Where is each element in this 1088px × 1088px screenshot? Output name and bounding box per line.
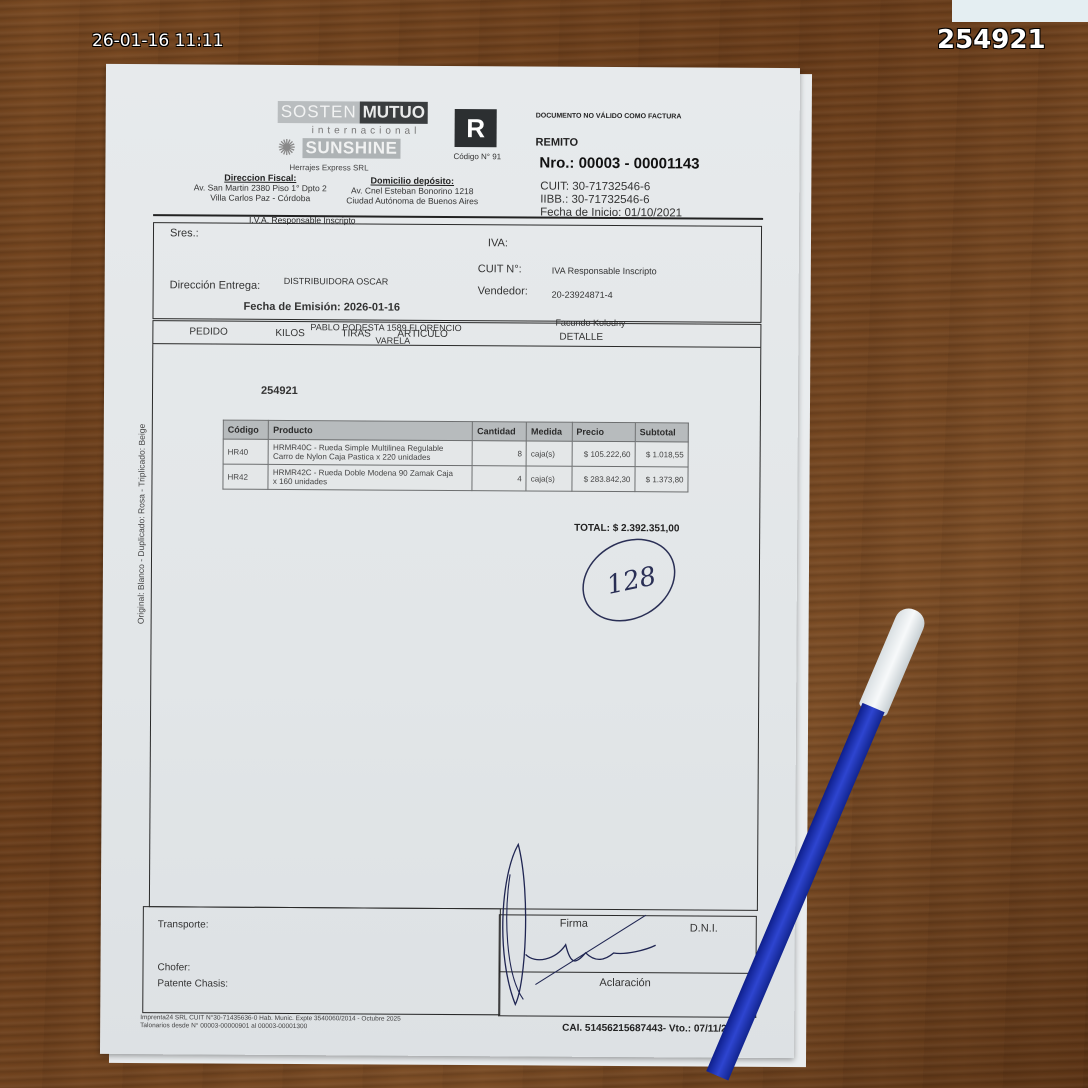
document-number: Nro.: 00003 - 00001143 [539, 155, 699, 173]
printer-info: Imprenta24 SRL CUIT N°30-71435636-0 Hab.… [140, 1014, 401, 1032]
deposit-address-line2: Ciudad Autónoma de Buenos Aires [337, 195, 487, 206]
pen-cap [858, 604, 929, 717]
cell-producto: HRMR40C - Rueda Simple Multilinea Regula… [268, 439, 472, 465]
header-cantidad: Cantidad [473, 422, 527, 441]
cuit-value: IVA Responsable Inscripto [552, 266, 657, 277]
cell-precio: $ 283.842,30 [572, 466, 635, 491]
header-producto: Producto [269, 420, 473, 440]
iva-label: IVA: [488, 237, 508, 249]
cell-medida: caja(s) [526, 441, 572, 466]
svg-text:128: 128 [604, 561, 659, 600]
header-subtotal: Subtotal [635, 423, 688, 442]
seller-value: 20-23924871-4 [552, 290, 613, 300]
copies-note: Original: Blanco - Duplicado: Rosa - Tri… [136, 424, 147, 624]
sunshine-text: SUNSHINE [302, 138, 400, 159]
contact-name: Facundo Kolodny [555, 318, 625, 328]
issuer-tax-info: CUIT: 30-71732546-6 IIBB.: 30-71732546-6… [540, 181, 682, 221]
column-articulo: ARTICULO [397, 329, 447, 340]
sosten-mutuo-logo: SOSTEN MUTUO [278, 101, 414, 124]
seller-label: Vendedor: [478, 285, 528, 297]
chofer-label: Chofer: [157, 962, 190, 973]
detail-area: 254921 Código Producto Cantidad Medida P… [149, 344, 761, 911]
sun-icon: ✺ [277, 137, 299, 159]
patente-label: Patente Chasis: [157, 978, 228, 989]
transporte-label: Transporte: [158, 919, 209, 930]
cell-medida: caja(s) [526, 466, 572, 491]
dni-label: D.N.I. [690, 922, 718, 934]
document-type-letter: R [455, 109, 497, 147]
sres-label: Sres.: [170, 227, 199, 239]
handwritten-note-icon: 128 [577, 532, 688, 633]
column-detalle: DETALLE [559, 332, 603, 343]
items-table: Código Producto Cantidad Medida Precio S… [222, 420, 688, 493]
fiscal-address-line2: Villa Carlos Paz - Córdoba [180, 192, 340, 203]
fiscal-address: Direccion Fiscal: Av. San Martin 2380 Pi… [180, 172, 340, 203]
printer-line2: Talonarios desde N° 00003-00000901 al 00… [140, 1022, 401, 1032]
issue-date: Fecha de Emisión: 2026-01-16 [244, 301, 401, 314]
document-title: REMITO [536, 137, 579, 149]
column-kilos: KILOS [275, 328, 305, 339]
header-medida: Medida [527, 422, 573, 441]
cell-cantidad: 8 [472, 441, 526, 466]
client-box: Sres.: IVA: CUIT N°: IVA Responsable Ins… [152, 222, 762, 323]
sunshine-logo: ✺ SUNSHINE [277, 137, 400, 160]
column-pedido: PEDIDO [189, 326, 227, 337]
cuit-label: CUIT N°: [478, 263, 522, 275]
cai-number: CAI. 51456215687443- Vto.: 07/11/2026 [562, 1023, 743, 1035]
issuer-iibb: IIBB.: 30-71732546-6 [540, 194, 682, 208]
photo-id-label: 254921 [937, 25, 1046, 55]
signature-scribble-icon [495, 834, 676, 1015]
company-name: Herrajes Express SRL [289, 163, 368, 172]
document-code: Código N° 91 [453, 152, 501, 161]
fiscal-address-line1: Av. San Martin 2380 Piso 1° Dpto 2 [180, 182, 340, 193]
delivery-value: DISTRIBUIDORA OSCAR [284, 276, 389, 287]
transport-box: Transporte: Chofer: Patente Chasis: [142, 906, 501, 1015]
producto-line2: Carro de Nylon Caja Pastica x 220 unidad… [273, 452, 468, 462]
background-paper-corner [952, 0, 1088, 22]
delivery-label: Dirección Entrega: [170, 279, 261, 292]
column-tiras: TIRAS [341, 328, 371, 339]
cell-cantidad: 4 [472, 466, 526, 491]
cell-subtotal: $ 1.018,55 [635, 442, 688, 467]
cell-precio: $ 105.222,60 [572, 441, 635, 466]
cell-producto: HRMR42C - Rueda Doble Modena 90 Zamak Ca… [268, 464, 472, 490]
header-precio: Precio [572, 422, 635, 441]
issuer-cuit: CUIT: 30-71732546-6 [540, 181, 682, 195]
columns-row: PEDIDO KILOS PABLO PODESTA 1589 FLORENCI… [152, 320, 761, 348]
table-row: HR42 HRMR42C - Rueda Doble Modena 90 Zam… [223, 464, 688, 492]
header-codigo: Código [223, 420, 268, 439]
deposit-address: Domicilio depósito: Av. Cnel Esteban Bon… [337, 175, 487, 206]
logo-text-b: MUTUO [360, 101, 428, 123]
producto-line2: x 160 unidades [273, 477, 468, 487]
cell-codigo: HR40 [223, 439, 269, 464]
photo-timestamp: 26-01-16 11:11 [92, 31, 224, 51]
not-valid-notice: DOCUMENTO NO VÁLIDO COMO FACTURA [536, 113, 682, 121]
logo-text-a: SOSTEN [278, 101, 360, 123]
cell-subtotal: $ 1.373,80 [635, 467, 688, 492]
remito-document: SOSTEN MUTUO internacional ✺ SUNSHINE He… [100, 64, 800, 1058]
order-number: 254921 [261, 385, 298, 397]
table-row: HR40 HRMR40C - Rueda Simple Multilinea R… [223, 439, 688, 467]
cell-codigo: HR42 [223, 464, 269, 489]
logo-subtitle: internacional [312, 125, 421, 137]
